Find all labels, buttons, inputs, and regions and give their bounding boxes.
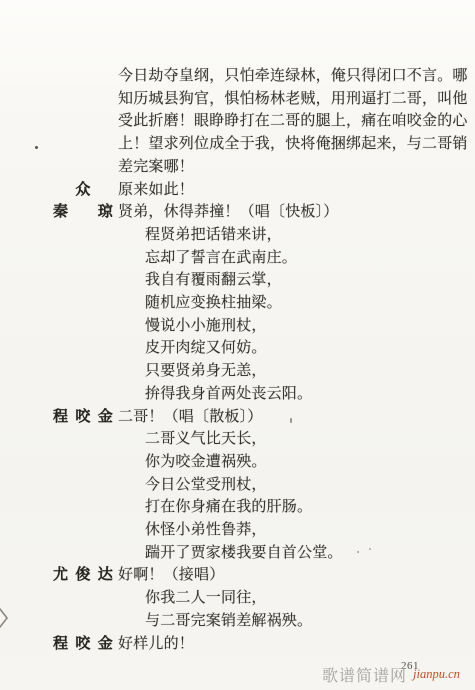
continuation-line: 上！望求列位成全于我，快将俺捆绑起来，与二哥销 (118, 133, 468, 156)
verse-line: 今日公堂受刑杖， (118, 474, 468, 497)
verse-line: 踹开了贾家楼我要自首公堂。 (118, 542, 468, 565)
verse-line: 拚得我身首两处丧云阳。 (118, 383, 468, 406)
speaker-name: 尤俊达 (53, 564, 113, 587)
continuation-line: 差完案哪！ (118, 156, 468, 179)
watermark-site-name: 歌谱简谱网 (322, 663, 407, 686)
verse-line: 休怪小弟性鲁莽， (118, 519, 468, 542)
verse-line: 只要贤弟身无恙， (118, 360, 468, 383)
verse-line: 皮开肉绽又何妨。 (118, 337, 468, 360)
verse-line: 你我二人一同往， (118, 587, 468, 610)
scanned-script-page: 今日劫夺皇纲，只怕牵连绿林，俺只得闭口不言。哪 知历城县狗官，惧怕杨林老贼，用刑… (0, 0, 475, 690)
scan-speck (357, 551, 359, 553)
script-text-block: 今日劫夺皇纲，只怕牵连绿林，俺只得闭口不言。哪 知历城县狗官，惧怕杨林老贼，用刑… (118, 65, 468, 655)
continuation-line: 知历城县狗官，惧怕杨林老贼，用刑逼打二哥，叫他 (118, 88, 468, 111)
verse-line: 二哥义气比天长， (118, 428, 468, 451)
speaker-name: 程咬金 (53, 633, 113, 656)
scan-speck (369, 548, 371, 550)
dialogue-text: 原来如此！ (118, 182, 194, 198)
verse-line: 你为咬金遭祸殃。 (118, 451, 468, 474)
dialogue-text: 好啊！（接唱） (118, 567, 224, 583)
speaker-row: 秦琼 贤弟，休得莽撞！（唱〔快板〕） (118, 201, 468, 224)
speaker-name: 程咬金 (53, 406, 113, 429)
continuation-line: 受此折磨！眼睁睁打在二哥的腿上，痛在咱咬金的心 (118, 110, 468, 133)
speaker-row: 众 原来如此！ (118, 179, 468, 202)
verse-line: 随机应变换柱抽梁。 (118, 292, 468, 315)
watermark-site-url: jianpu.cn (413, 667, 460, 682)
scan-speck (290, 418, 292, 423)
speaker-name: 众 (53, 179, 113, 202)
continuation-line: 今日劫夺皇纲，只怕牵连绿林，俺只得闭口不言。哪 (118, 65, 468, 88)
dialogue-text: 二哥！（唱〔散板〕） (118, 409, 263, 425)
speaker-row: 尤俊达 好啊！（接唱） (118, 564, 468, 587)
verse-line: 打在你身痛在我的肝肠。 (118, 496, 468, 519)
scan-edge-mark-icon (0, 606, 11, 630)
speaker-row: 程咬金 二哥！（唱〔散板〕） (118, 406, 468, 429)
speaker-name: 秦琼 (53, 201, 113, 224)
dialogue-text: 贤弟，休得莽撞！（唱〔快板〕） (118, 204, 339, 220)
dialogue-text: 好样儿的！ (118, 636, 194, 652)
verse-line: 慢说小小施刑杖， (118, 315, 468, 338)
speaker-row: 程咬金 好样儿的！ (118, 633, 468, 656)
verse-line: 我自有覆雨翻云掌， (118, 269, 468, 292)
scan-speck (35, 146, 38, 149)
verse-line: 程贤弟把话错来讲， (118, 224, 468, 247)
verse-line: 忘却了誓言在武南庄。 (118, 247, 468, 270)
verse-line: 与二哥完案销差解祸殃。 (118, 610, 468, 633)
